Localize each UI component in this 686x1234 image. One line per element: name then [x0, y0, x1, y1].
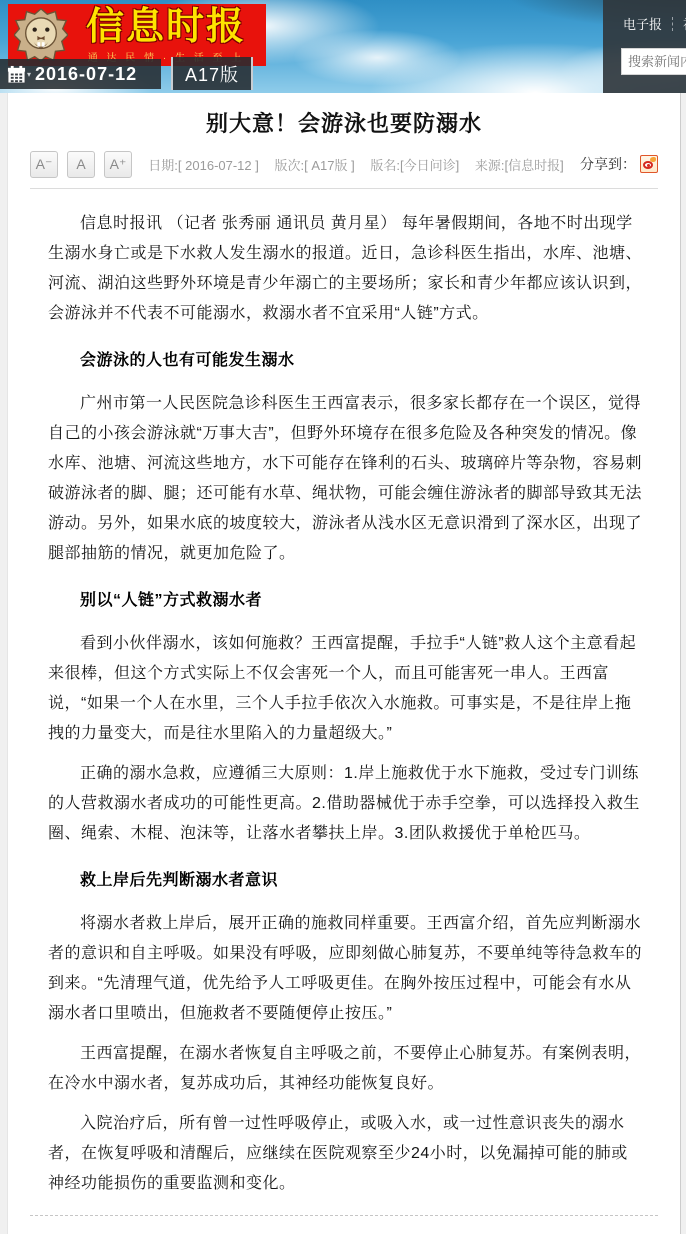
font-size-controls: A⁻ A A⁺ — [30, 151, 132, 178]
font-larger-button[interactable]: A⁺ — [104, 151, 132, 178]
share-label: 分享到： — [580, 154, 636, 174]
article-subheading: 别以“人链”方式救溺水者 — [48, 586, 644, 616]
article-paragraph: 将溺水者救上岸后，展开正确的施救同样重要。王西富介绍，首先应判断溺水者的意识和自… — [48, 909, 644, 1029]
chevron-down-icon: ▾ — [27, 70, 31, 79]
font-smaller-button[interactable]: A⁻ — [30, 151, 58, 178]
bottom-divider — [30, 1215, 658, 1216]
top-links: 电子报 社 — [603, 0, 686, 33]
article-paragraph: 正确的溺水急救，应遵循三大原则：1.岸上施救优于水下施救，受过专门训练的人营救溺… — [48, 759, 644, 849]
search-input[interactable] — [622, 49, 686, 74]
article-paragraph: 入院治疗后，所有曾一过性呼吸停止，或吸入水，或一过性意识丧失的溺水者，在恢复呼吸… — [48, 1109, 644, 1199]
article-title: 别大意！会游泳也要防溺水 — [8, 107, 680, 138]
article-paragraph: 王西富提醒，在溺水者恢复自主呼吸之前，不要停止心肺复苏。有案例表明，在冷水中溺水… — [48, 1039, 644, 1099]
lion-icon — [14, 8, 68, 62]
article-paragraph: 广州市第一人民医院急诊科医生王西富表示，很多家长都存在一个误区，觉得自己的小孩会… — [48, 389, 644, 569]
meta-date-label: 日期: — [148, 158, 178, 173]
article-subheading: 救上岸后先判断溺水者意识 — [48, 866, 644, 896]
article-meta: 日期:[ 2016-07-12 ] 版次:[ A17版 ] 版名:[今日问诊] … — [132, 155, 580, 174]
search-box — [621, 48, 686, 75]
font-normal-button[interactable]: A — [67, 151, 95, 178]
logo-title: 信息时报 — [74, 7, 258, 47]
article-paragraph: 看到小伙伴溺水，该如何施救？王西富提醒，手拉手“人链”救人这个主意看起来很棒，但… — [48, 629, 644, 749]
meta-source-value: [信息时报] — [504, 158, 563, 173]
link-epaper[interactable]: 电子报 — [623, 14, 662, 33]
sina-weibo-icon[interactable] — [640, 155, 658, 173]
share-bar: 分享到： — [580, 154, 658, 174]
issue-date: 2016-07-12 — [35, 64, 137, 85]
site-header: 信息时报 通 达 民 情 · 生 活 至 上 ▾ 2016-07-12 A17版… — [0, 0, 686, 93]
calendar-icon — [7, 65, 26, 84]
top-right-panel: 电子报 社 — [603, 0, 686, 93]
article-paragraph: 信息时报讯 （记者 张秀丽 通讯员 黄月星） 每年暑假期间，各地不时出现学生溺水… — [48, 209, 644, 329]
meta-date-value: [ 2016-07-12 ] — [178, 158, 259, 173]
article-toolbar: A⁻ A A⁺ 日期:[ 2016-07-12 ] 版次:[ A17版 ] 版名… — [8, 148, 680, 180]
meta-section-label: 版名: — [370, 158, 400, 173]
link-separator — [672, 17, 673, 31]
page-badge[interactable]: A17版 — [171, 57, 253, 90]
meta-edition-value: [ A17版 ] — [304, 158, 355, 173]
article-body: 信息时报讯 （记者 张秀丽 通讯员 黄月星） 每年暑假期间，各地不时出现学生溺水… — [8, 189, 680, 1199]
meta-section-value: [今日问诊] — [400, 158, 459, 173]
meta-source-label: 来源: — [475, 158, 505, 173]
meta-edition-label: 版次: — [275, 158, 305, 173]
article-container: 别大意！会游泳也要防溺水 A⁻ A A⁺ 日期:[ 2016-07-12 ] 版… — [7, 93, 681, 1234]
date-picker[interactable]: ▾ 2016-07-12 — [0, 59, 161, 89]
article-subheading: 会游泳的人也有可能发生溺水 — [48, 346, 644, 376]
